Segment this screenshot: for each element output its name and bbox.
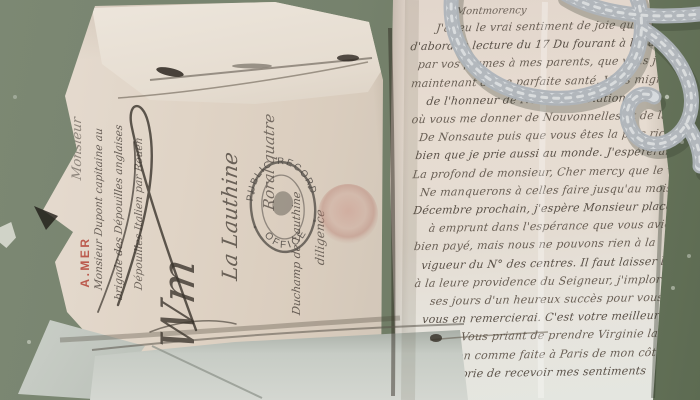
stamp-crest	[271, 190, 294, 216]
ink-flourish-initials: Wm	[149, 15, 207, 364]
dust-specks	[0, 0, 2, 2]
public-record-office-stamp: PUBLIC RECORD OFFICE	[232, 148, 334, 266]
red-postmark: A.MER	[74, 224, 96, 300]
address-line: Dépouilles Italien par Rouen	[129, 18, 149, 361]
stamp-text-bottom: OFFICE	[261, 226, 311, 254]
letter-text-block: Montmorency J'ai eu le vrai sentiment de…	[410, 1, 667, 384]
svg-text:OFFICE: OFFICE	[261, 226, 311, 254]
address-line: brigade des Dépouilles anglaises	[109, 18, 129, 361]
photo-old-letter: Montmorency J'ai eu le vrai sentiment de…	[0, 0, 700, 400]
address-line: Monsieur Dupont capitaine au	[89, 18, 109, 361]
